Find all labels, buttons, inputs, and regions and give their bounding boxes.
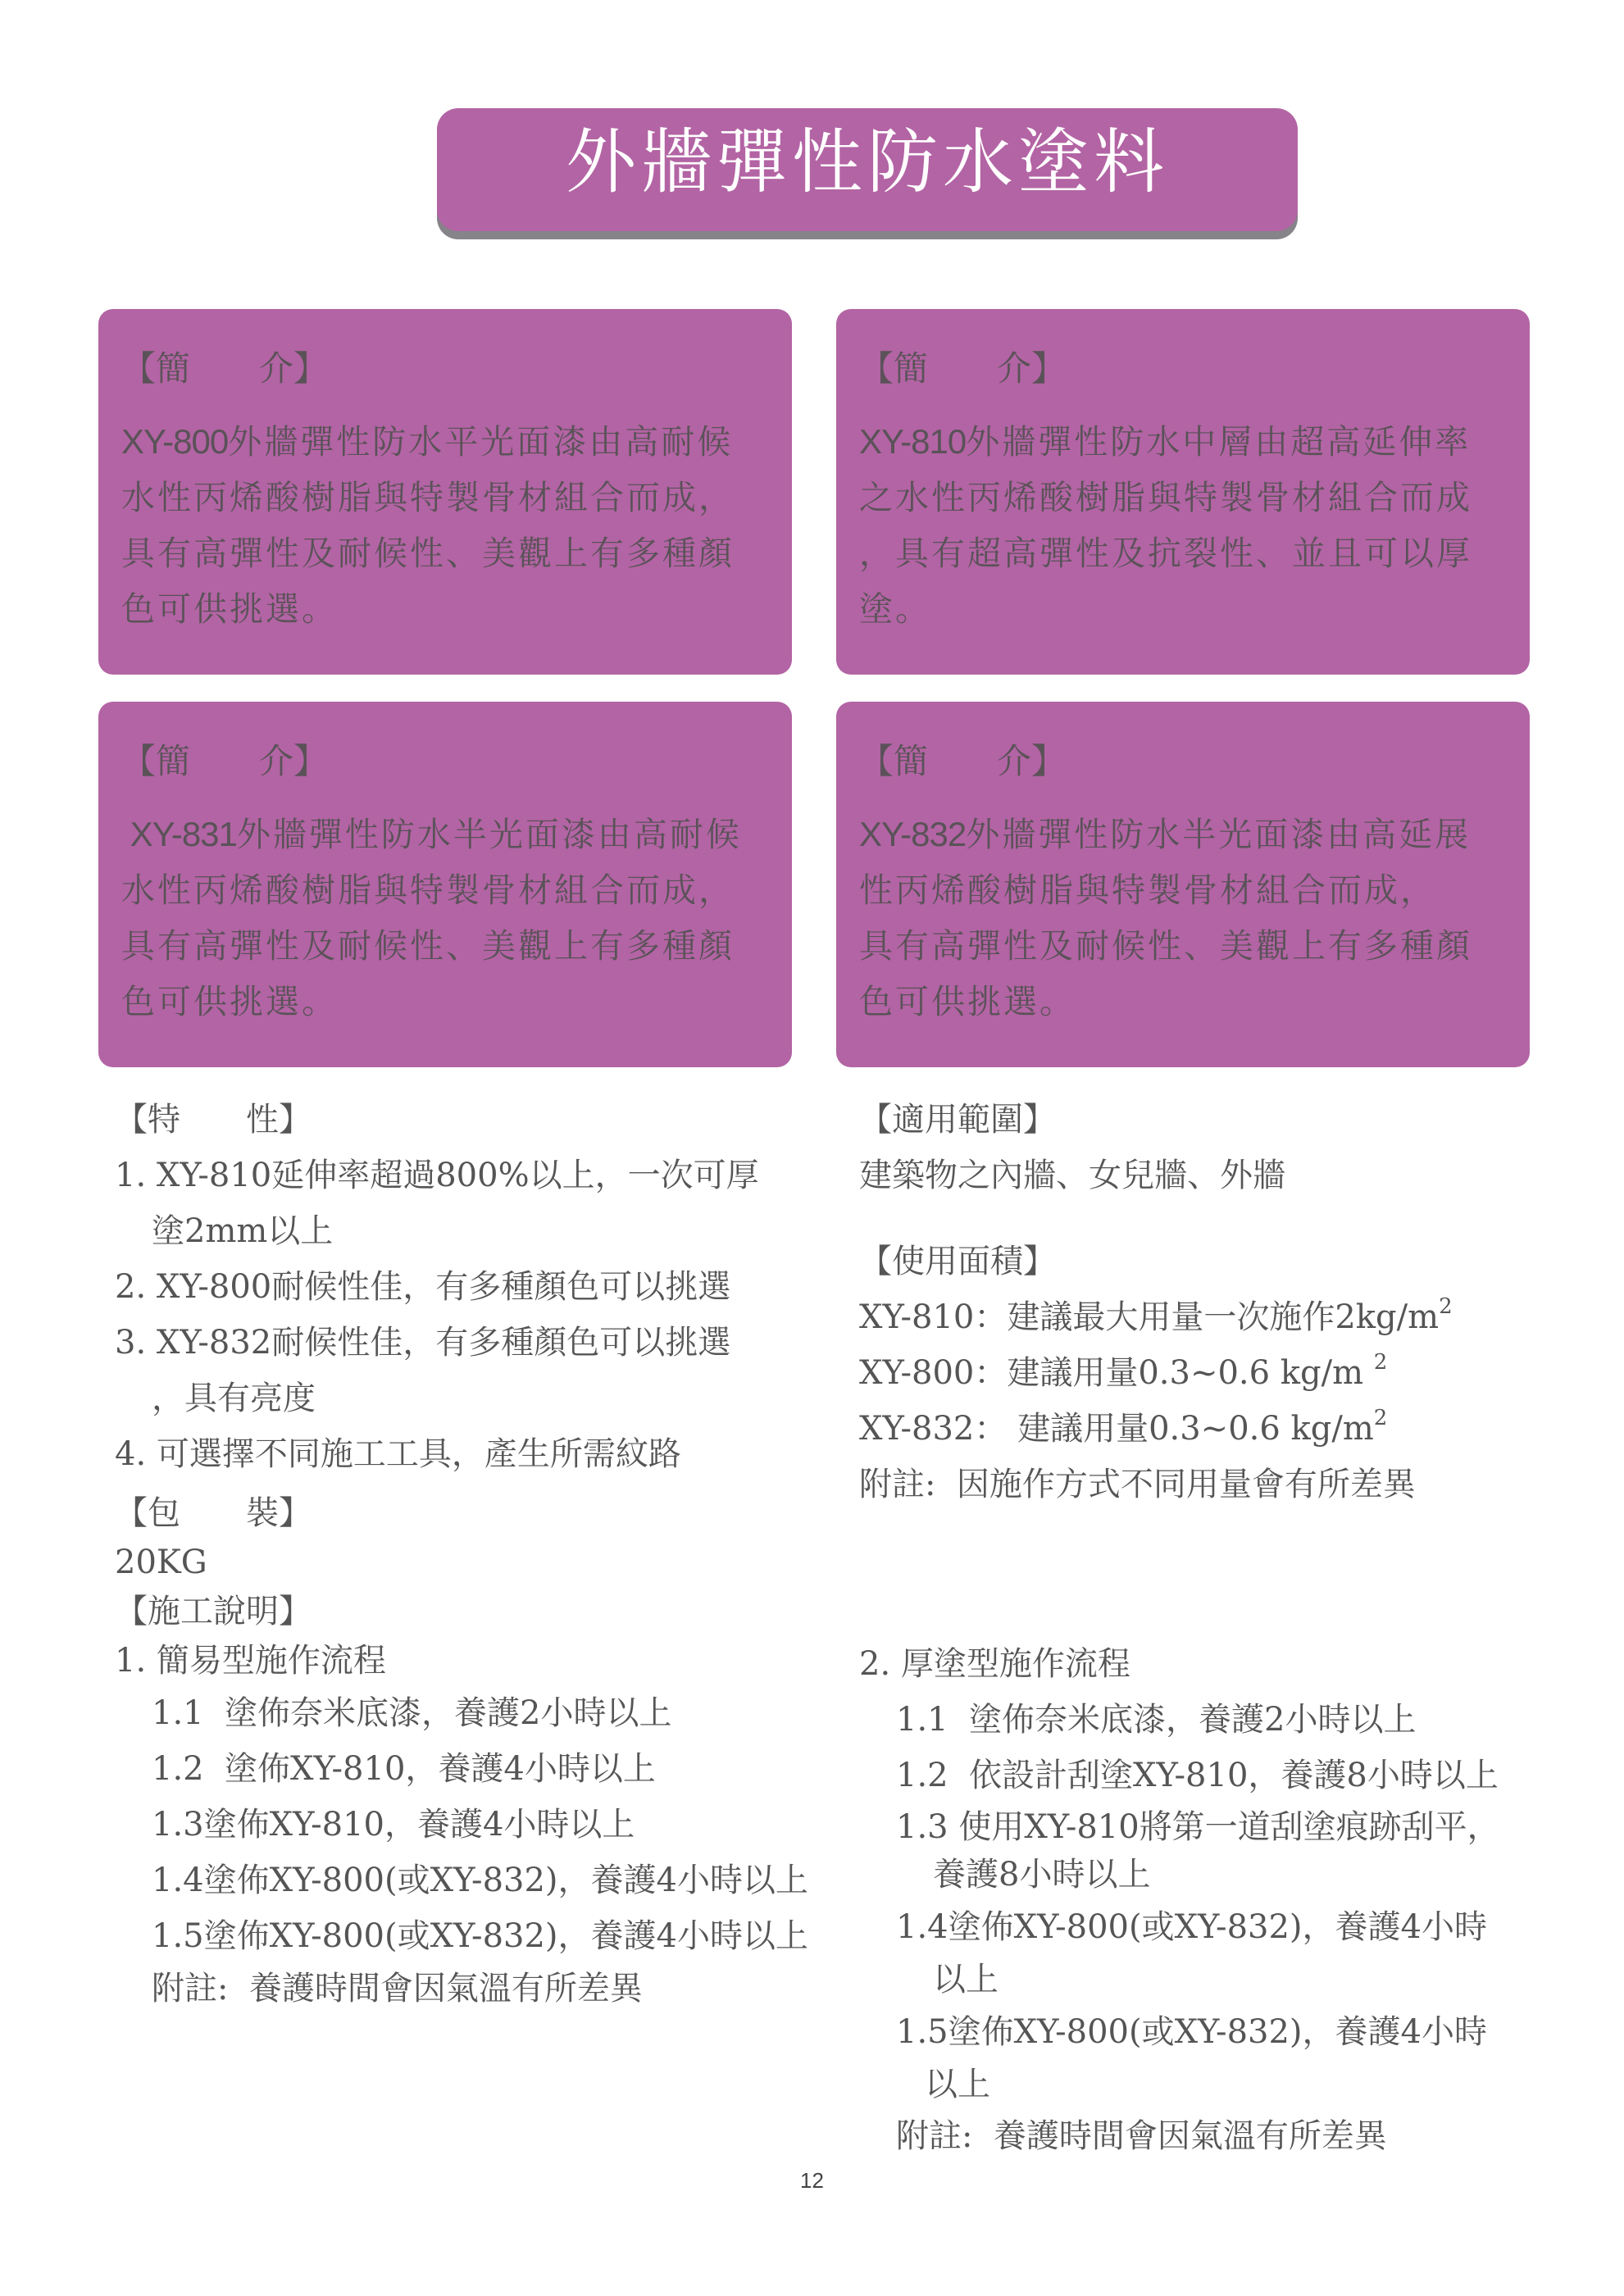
procedure-title: 1. 簡易型施作流程 bbox=[115, 1636, 808, 1685]
feature-item: 3. XY-832耐候性佳，有多種顏色可以挑選 bbox=[115, 1315, 759, 1371]
intro-card-xy832: 【簡 介】 XY-832外牆彈性防水半光面漆由高延展 性丙烯酸樹脂與特製骨材組合… bbox=[836, 702, 1530, 1067]
page-number: 12 bbox=[0, 2168, 1624, 2194]
procedure-note: 附註: 養護時間會因氣溫有所差異 bbox=[115, 1964, 808, 2013]
feature-item-cont: 塗2mm以上 bbox=[115, 1203, 759, 1259]
procedure-step: 1.1 塗佈奈米底漆，養護2小時以上 bbox=[115, 1685, 808, 1741]
procedure-step-cont: 以上 bbox=[859, 1956, 1500, 2003]
card-line: 外牆彈性防水半光面漆由高延展 bbox=[966, 815, 1471, 854]
card-body: XY-832外牆彈性防水半光面漆由高延展 性丙烯酸樹脂與特製骨材組合而成， 具有… bbox=[859, 807, 1507, 1030]
procedure-step-cont: 養護8小時以上 bbox=[859, 1851, 1500, 1898]
procedure-step-cont: 以上 bbox=[859, 2061, 1500, 2108]
feature-item: 4. 可選擇不同施工工具，產生所需紋路 bbox=[115, 1426, 759, 1482]
procedure-step: 1.4塗佈XY-800(或XY-832)，養護4小時 bbox=[859, 1898, 1500, 1956]
page-title: 外牆彈性防水塗料 bbox=[566, 105, 1169, 207]
product-code: XY-832 bbox=[859, 815, 966, 853]
card-line: 水性丙烯酸樹脂與特製骨材組合而成， bbox=[121, 862, 769, 918]
procedure-step: 1.3塗佈XY-810，養護4小時以上 bbox=[115, 1797, 808, 1853]
card-line: 之水性丙烯酸樹脂與特製骨材組合而成 bbox=[859, 470, 1507, 525]
scope-text: 建築物之內牆、女兒牆、外牆 bbox=[859, 1148, 1285, 1203]
card-body: XY-810外牆彈性防水中層由超高延伸率 之水性丙烯酸樹脂與特製骨材組合而成 ，… bbox=[859, 414, 1507, 637]
usage-note: 附註: 因施作方式不同用量會有所差異 bbox=[859, 1457, 1453, 1512]
card-line: 塗。 bbox=[859, 581, 1507, 637]
packaging-section: 【包 裝】 20KG 【施工說明】 1. 簡易型施作流程 1.1 塗佈奈米底漆，… bbox=[115, 1489, 808, 2013]
card-line: 外牆彈性防水半光面漆由高耐候 bbox=[237, 815, 742, 854]
card-heading: 【簡 介】 bbox=[859, 734, 1507, 784]
product-code: XY-831 bbox=[121, 815, 237, 853]
scope-section: 【適用範圍】 建築物之內牆、女兒牆、外牆 bbox=[859, 1092, 1285, 1203]
intro-card-xy810: 【簡 介】 XY-810外牆彈性防水中層由超高延伸率 之水性丙烯酸樹脂與特製骨材… bbox=[836, 309, 1530, 675]
card-line: 性丙烯酸樹脂與特製骨材組合而成， bbox=[859, 862, 1507, 918]
card-line: 色可供挑選。 bbox=[121, 974, 769, 1030]
procedure-step: 1.2 塗佈XY-810，養護4小時以上 bbox=[115, 1741, 808, 1797]
product-code: XY-810 bbox=[859, 422, 966, 461]
card-body: XY-831外牆彈性防水半光面漆由高耐候 水性丙烯酸樹脂與特製骨材組合而成， 具… bbox=[121, 807, 769, 1030]
card-line: 具有高彈性及耐候性、美觀上有多種顏 bbox=[859, 918, 1507, 974]
card-line: 外牆彈性防水平光面漆由高耐候 bbox=[228, 422, 733, 461]
procedure-step: 1.1 塗佈奈米底漆，養護2小時以上 bbox=[859, 1692, 1500, 1748]
usage-line: XY-810：建議最大用量一次施作2kg/m2 bbox=[859, 1289, 1453, 1345]
card-line: 色可供挑選。 bbox=[859, 974, 1507, 1030]
section-heading: 【施工說明】 bbox=[115, 1587, 808, 1636]
procedure-title: 2. 厚塗型施作流程 bbox=[859, 1636, 1500, 1692]
card-body: XY-800外牆彈性防水平光面漆由高耐候 水性丙烯酸樹脂與特製骨材組合而成， 具… bbox=[121, 414, 769, 637]
intro-card-xy800: 【簡 介】 XY-800外牆彈性防水平光面漆由高耐候 水性丙烯酸樹脂與特製骨材組… bbox=[98, 309, 792, 675]
procedure-step: 1.4塗佈XY-800(或XY-832)，養護4小時以上 bbox=[115, 1853, 808, 1908]
usage-section: 【使用面積】 XY-810：建議最大用量一次施作2kg/m2 XY-800：建議… bbox=[859, 1234, 1453, 1512]
section-heading: 【特 性】 bbox=[115, 1092, 759, 1148]
section-heading: 【使用面積】 bbox=[859, 1234, 1453, 1289]
procedure-step: 1.5塗佈XY-800(或XY-832)，養護4小時 bbox=[859, 2003, 1500, 2061]
card-heading: 【簡 介】 bbox=[121, 734, 769, 784]
product-code: XY-800 bbox=[121, 422, 228, 461]
card-line: 具有高彈性及耐候性、美觀上有多種顏 bbox=[121, 525, 769, 581]
procedure-step: 1.3 使用XY-810將第一道刮塗痕跡刮平， bbox=[859, 1803, 1500, 1851]
packaging-value: 20KG bbox=[115, 1538, 808, 1587]
intro-card-xy831: 【簡 介】 XY-831外牆彈性防水半光面漆由高耐候 水性丙烯酸樹脂與特製骨材組… bbox=[98, 702, 792, 1067]
feature-item: 2. XY-800耐候性佳，有多種顏色可以挑選 bbox=[115, 1259, 759, 1315]
features-section: 【特 性】 1. XY-810延伸率超過800%以上，一次可厚 塗2mm以上 2… bbox=[115, 1092, 759, 1482]
feature-item-cont: ，具有亮度 bbox=[115, 1371, 759, 1426]
usage-line: XY-800：建議用量0.3~0.6 kg/m 2 bbox=[859, 1345, 1453, 1401]
card-line: 色可供挑選。 bbox=[121, 581, 769, 637]
card-line: 外牆彈性防水中層由超高延伸率 bbox=[966, 422, 1471, 461]
procedure-step: 1.5塗佈XY-800(或XY-832)，養護4小時以上 bbox=[115, 1908, 808, 1964]
section-heading: 【包 裝】 bbox=[115, 1489, 808, 1538]
card-heading: 【簡 介】 bbox=[121, 342, 769, 391]
card-line: ，具有超高彈性及抗裂性、並且可以厚 bbox=[859, 525, 1507, 581]
section-heading: 【適用範圍】 bbox=[859, 1092, 1285, 1148]
card-line: 具有高彈性及耐候性、美觀上有多種顏 bbox=[121, 918, 769, 974]
feature-item: 1. XY-810延伸率超過800%以上，一次可厚 bbox=[115, 1148, 759, 1203]
thick-procedure-section: 2. 厚塗型施作流程 1.1 塗佈奈米底漆，養護2小時以上 1.2 依設計刮塗X… bbox=[859, 1636, 1500, 2164]
card-line: 水性丙烯酸樹脂與特製骨材組合而成， bbox=[121, 470, 769, 525]
page-title-banner: 外牆彈性防水塗料 bbox=[437, 108, 1298, 231]
card-heading: 【簡 介】 bbox=[859, 342, 1507, 391]
usage-line: XY-832： 建議用量0.3~0.6 kg/m2 bbox=[859, 1401, 1453, 1457]
procedure-step: 1.2 依設計刮塗XY-810，養護8小時以上 bbox=[859, 1748, 1500, 1803]
procedure-note: 附註: 養護時間會因氣溫有所差異 bbox=[859, 2108, 1500, 2164]
